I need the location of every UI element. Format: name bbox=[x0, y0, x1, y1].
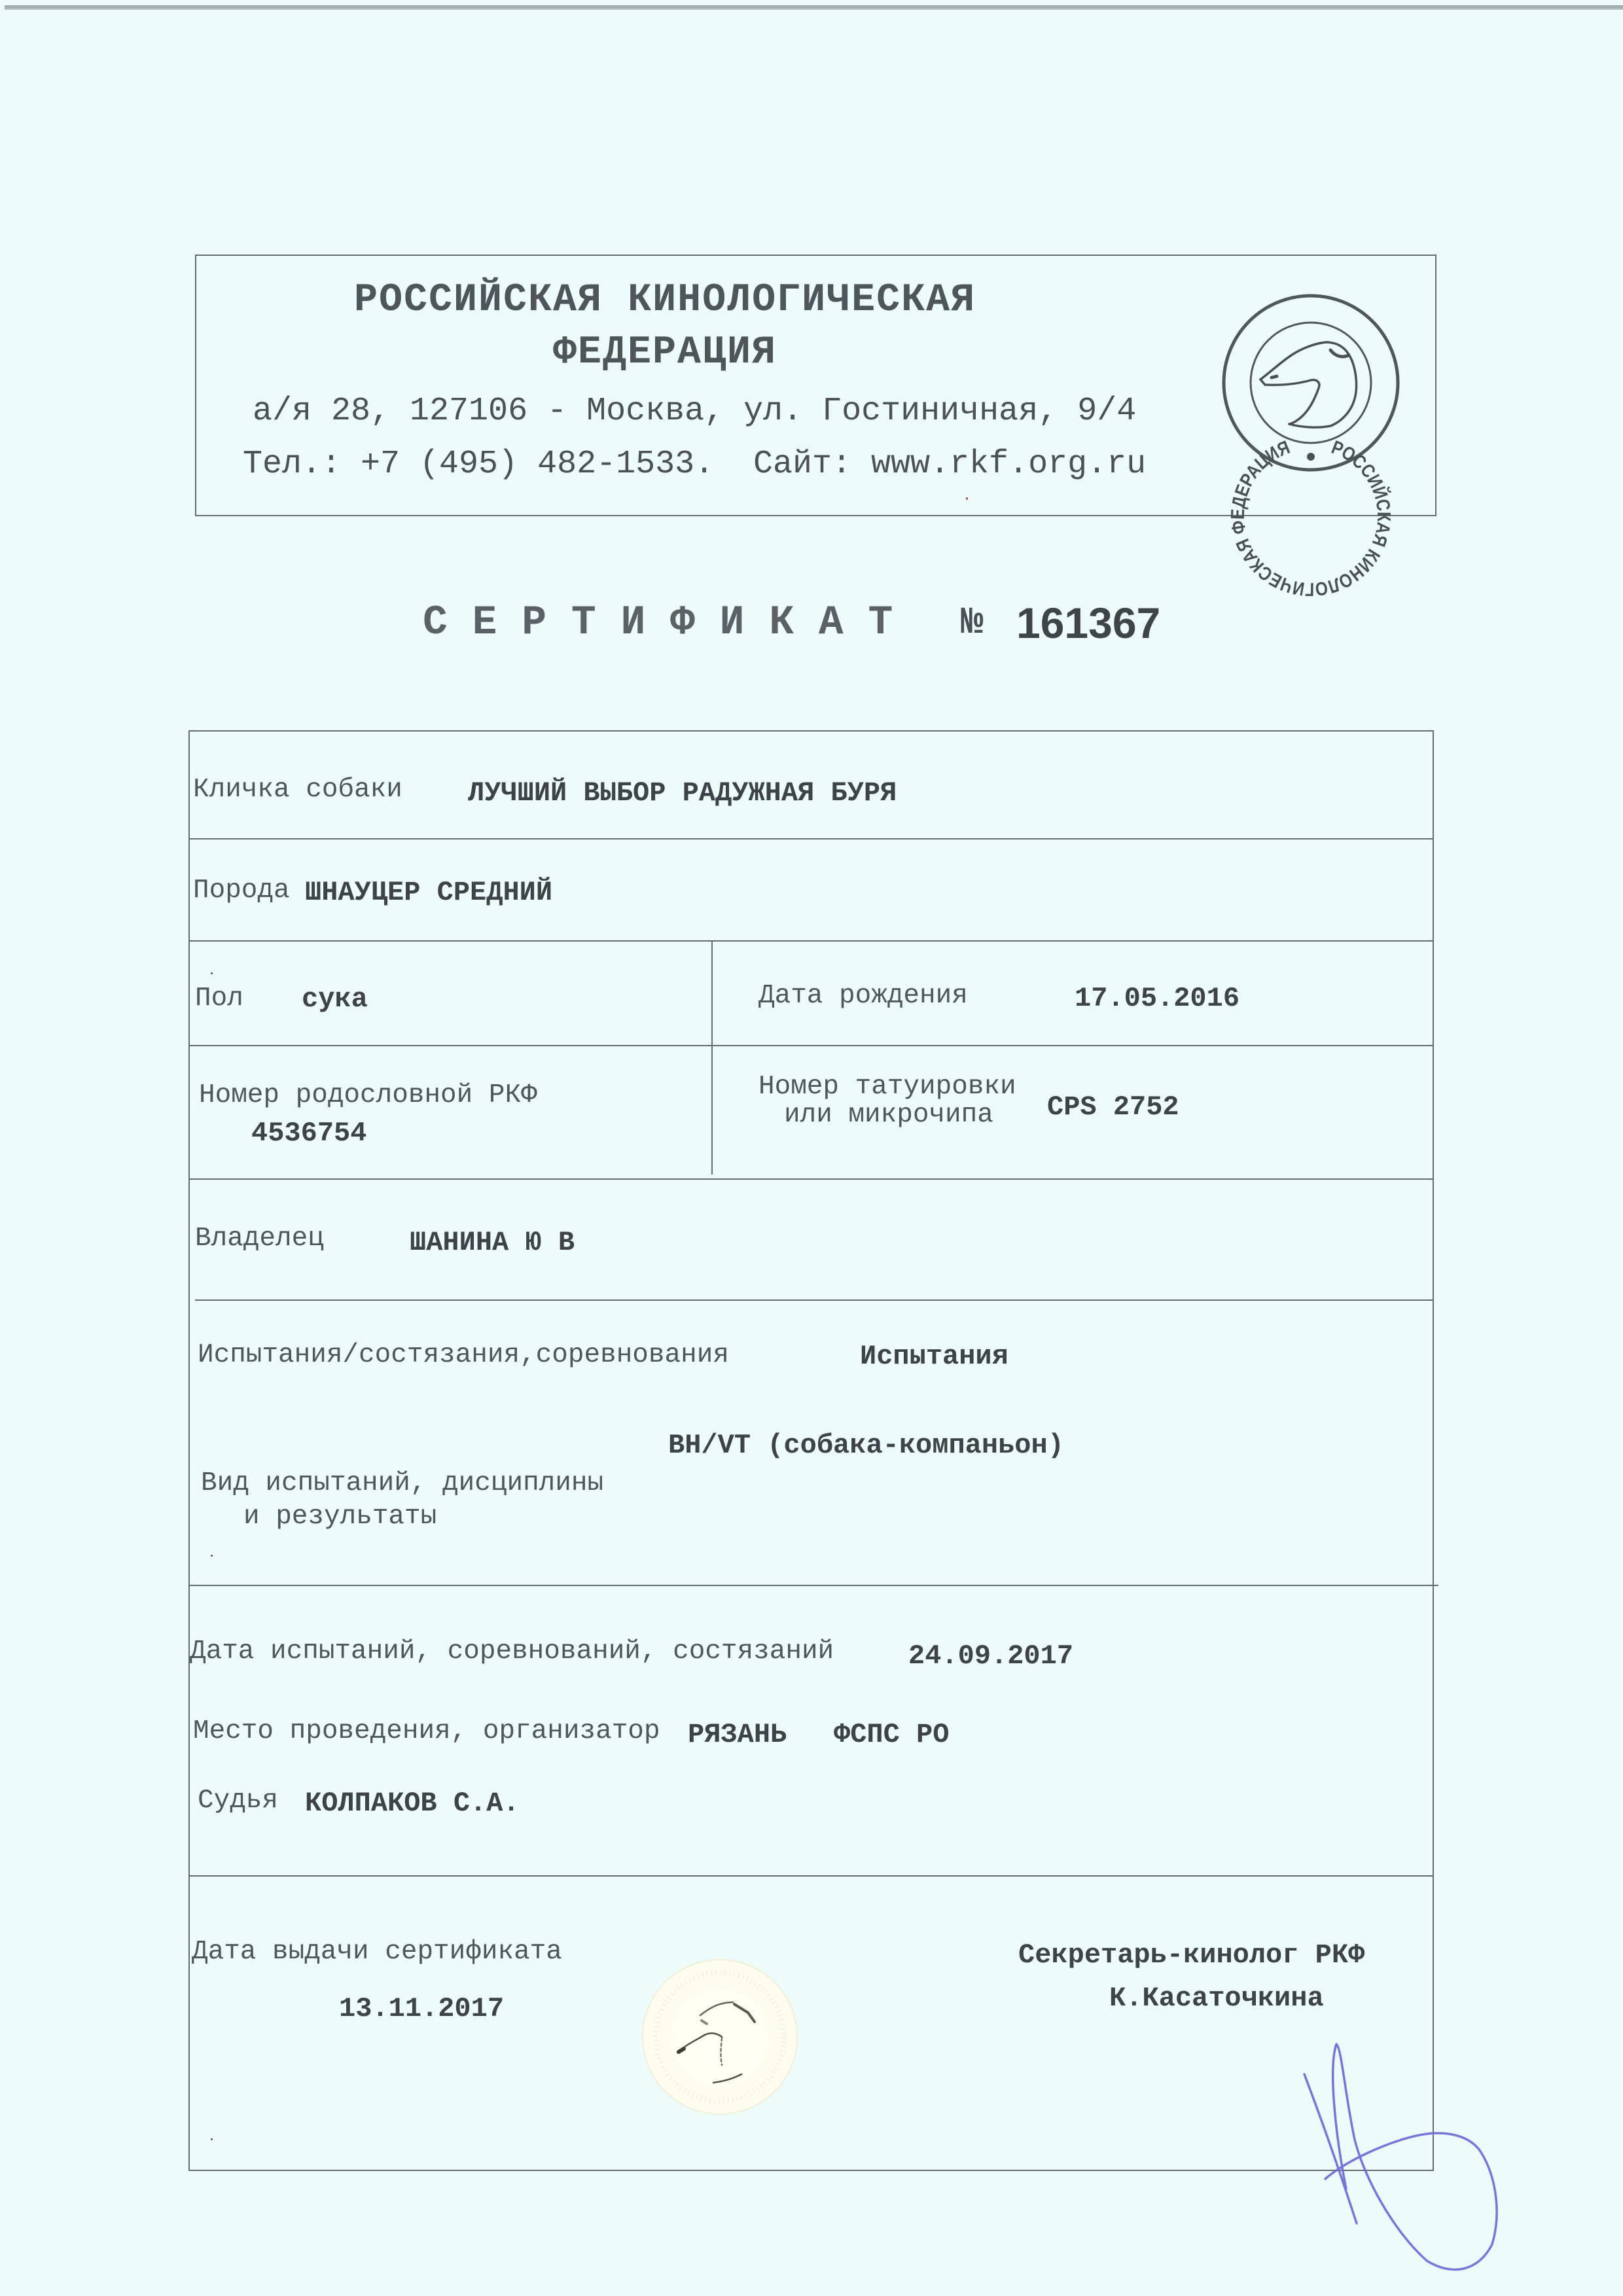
venue-label: Место проведения, организатор bbox=[193, 1718, 660, 1745]
row-divider bbox=[188, 940, 1434, 942]
event-type-value: Испытания bbox=[860, 1343, 1008, 1370]
dog-name-label: Кличка собаки bbox=[193, 777, 402, 804]
discipline-label-line1: Вид испытаний, дисциплины bbox=[201, 1470, 603, 1497]
speck bbox=[211, 972, 213, 974]
org-phone: Тел.: +7 (495) 482-1533. bbox=[243, 448, 714, 481]
org-name-line1: РОССИЙСКАЯ КИНОЛОГИЧЕСКАЯ bbox=[354, 281, 976, 320]
number-sign: № bbox=[961, 605, 984, 643]
row-divider bbox=[188, 838, 1434, 839]
tattoo-chip-label-line2: или микрочипа bbox=[784, 1102, 993, 1129]
certificate-number: 161367 bbox=[1016, 601, 1160, 645]
speck bbox=[211, 1555, 213, 1557]
signature-icon bbox=[1283, 2002, 1518, 2296]
row-divider bbox=[188, 1178, 1434, 1180]
owner-label: Владелец bbox=[195, 1226, 324, 1252]
column-divider bbox=[711, 940, 713, 1174]
rkf-seal: РОССИЙСКАЯ КИНОЛОГИЧЕСКАЯ ФЕДЕРАЦИЯ bbox=[1217, 289, 1404, 476]
sex-label: Пол bbox=[195, 985, 243, 1012]
org-address: а/я 28, 127106 - Москва, ул. Гостиничная… bbox=[253, 395, 1136, 428]
seal-dot-icon bbox=[1307, 453, 1315, 461]
venue-organizer-value: ФСПС РО bbox=[834, 1721, 949, 1748]
tattoo-chip-value: CPS 2752 bbox=[1047, 1093, 1179, 1121]
speck bbox=[966, 497, 968, 500]
birth-date-label: Дата рождения bbox=[758, 983, 968, 1010]
issue-date-label: Дата выдачи сертификата bbox=[192, 1939, 562, 1966]
event-date-value: 24.09.2017 bbox=[908, 1642, 1073, 1670]
row-divider bbox=[188, 1585, 1438, 1586]
discipline-label-line2: и результаты bbox=[243, 1504, 437, 1530]
venue-city-value: РЯЗАНЬ bbox=[688, 1721, 787, 1748]
sex-value: сука bbox=[302, 985, 368, 1013]
pedigree-number-value: 4536754 bbox=[251, 1120, 366, 1147]
pedigree-number-label: Номер родословной РКФ bbox=[199, 1082, 537, 1109]
signatory-title: Секретарь-кинолог РКФ bbox=[1018, 1941, 1364, 1969]
tattoo-chip-label-line1: Номер татуировки bbox=[758, 1074, 1016, 1101]
breed-label: Порода bbox=[193, 877, 290, 904]
birth-date-value: 17.05.2016 bbox=[1075, 985, 1240, 1012]
breed-value: ШНАУЦЕР СРЕДНИЙ bbox=[305, 879, 552, 906]
certificate-page: РОССИЙСКАЯ КИНОЛОГИЧЕСКАЯ ФЕДЕРАЦИЯ а/я … bbox=[0, 0, 1623, 2296]
discipline-value: BH/VT (собака-компаньон) bbox=[668, 1432, 1064, 1459]
dog-name-value: ЛУЧШИЙ ВЫБОР РАДУЖНАЯ БУРЯ bbox=[468, 779, 897, 807]
certificate-title: С Е Р Т И Ф И К А Т bbox=[423, 602, 893, 643]
event-date-label: Дата испытаний, соревнований, состязаний bbox=[190, 1638, 834, 1665]
dog-head-icon bbox=[1260, 342, 1357, 427]
judge-label: Судья bbox=[198, 1788, 278, 1814]
scan-edge bbox=[5, 5, 1623, 10]
row-divider bbox=[195, 1299, 1434, 1301]
owner-value: ШАНИНА Ю В bbox=[410, 1229, 575, 1256]
judge-value: КОЛПАКОВ С.А. bbox=[305, 1790, 520, 1817]
row-divider bbox=[188, 1045, 1434, 1046]
embossed-seal bbox=[641, 1958, 798, 2115]
org-name-line2: ФЕДЕРАЦИЯ bbox=[553, 333, 777, 372]
seal-text: РОССИЙСКАЯ КИНОЛОГИЧЕСКАЯ ФЕДЕРАЦИЯ bbox=[1228, 437, 1394, 599]
row-divider bbox=[188, 1875, 1434, 1877]
event-type-label: Испытания/состязания,соревнования bbox=[198, 1342, 729, 1369]
svg-text:РОССИЙСКАЯ КИНОЛОГИЧЕСКАЯ ФЕДЕ: РОССИЙСКАЯ КИНОЛОГИЧЕСКАЯ ФЕДЕРАЦИЯ bbox=[1228, 437, 1394, 599]
speck bbox=[211, 2138, 213, 2140]
issue-date-value: 13.11.2017 bbox=[339, 1995, 504, 2022]
org-site: Сайт: www.rkf.org.ru bbox=[753, 448, 1146, 481]
